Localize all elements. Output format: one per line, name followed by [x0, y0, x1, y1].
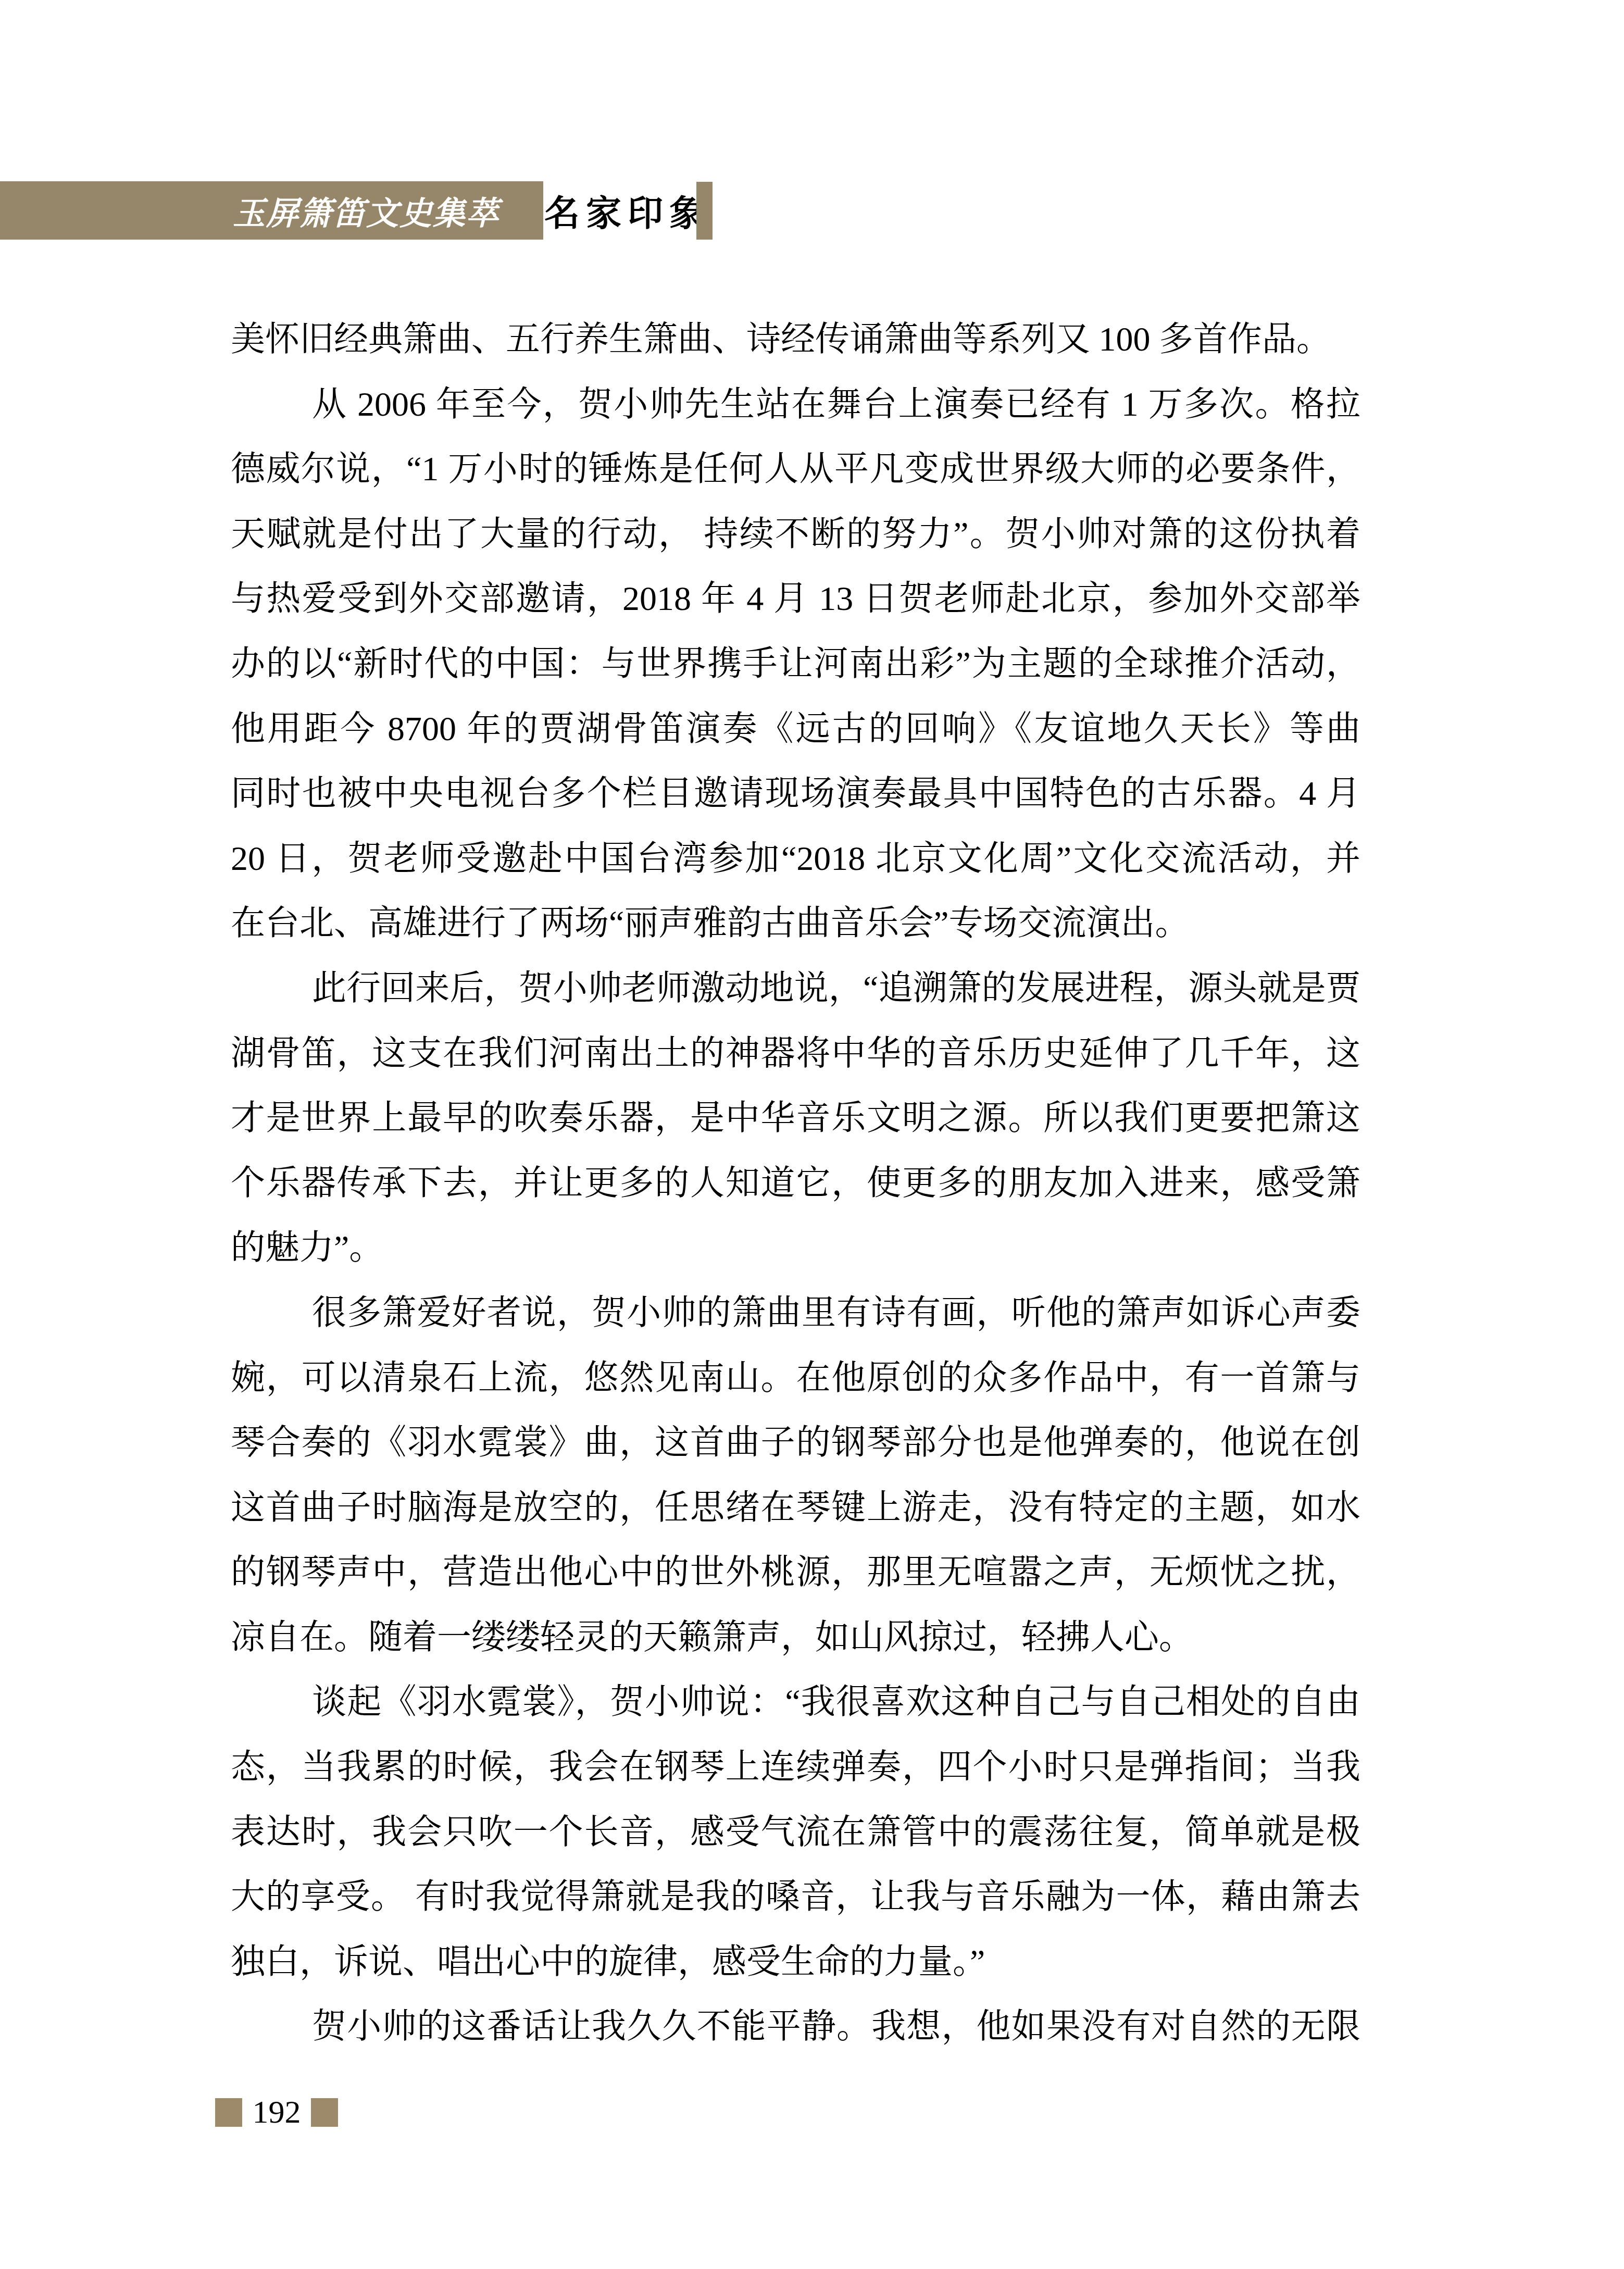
text-line: 谈起《羽水霓裳》，贺小帅说：“我很喜欢这种自己与自己相处的自由状 — [231, 1670, 1360, 1735]
text-line: 的钢琴声中，营造出他心中的世外桃源，那里无喧嚣之声，无烦忧之扰，清 — [231, 1540, 1360, 1605]
page-number-ornament-right — [311, 2098, 338, 2127]
text-line: 湖骨笛，这支在我们河南出土的神器将中华的音乐历史延伸了几千年，这 — [231, 1021, 1360, 1087]
header-band: 玉屏箫笛文史集萃 — [0, 181, 543, 240]
text-line: 此行回来后，贺小帅老师激动地说，“追溯箫的发展进程，源头就是贾 — [231, 956, 1360, 1021]
text-line: 婉，可以清泉石上流，悠然见南山。在他原创的众多作品中，有一首箫与钢 — [231, 1346, 1360, 1411]
text-line: 凉自在。随着一缕缕轻灵的天籁箫声，如山风掠过，轻拂人心。 — [231, 1605, 1360, 1670]
text-line: 大的享受。 有时我觉得箫就是我的嗓音，让我与音乐融为一体，藉由箫去 — [231, 1865, 1360, 1930]
text-line: 在台北、高雄进行了两场“丽声雅韵古曲音乐会”专场交流演出。 — [231, 891, 1360, 956]
text-line: 天赋就是付出了大量的行动， 持续不断的努力”。贺小帅对箫的这份执着 — [231, 502, 1360, 567]
text-line: 才是世界上最早的吹奏乐器，是中华音乐文明之源。所以我们更要把箫这 — [231, 1086, 1360, 1151]
book-page: 玉屏箫笛文史集萃 名家印象 美怀旧经典箫曲、五行养生箫曲、诗经传诵箫曲等系列又 … — [0, 0, 1624, 2269]
text-line: 20 日，贺老师受邀赴中国台湾参加“2018 北京文化周”文化交流活动，并 — [231, 827, 1360, 892]
text-line: 很多箫爱好者说，贺小帅的箫曲里有诗有画，听他的箫声如诉心声委 — [231, 1281, 1360, 1346]
text-line: 态，当我累的时候，我会在钢琴上连续弹奏，四个小时只是弹指间；当我想 — [231, 1735, 1360, 1800]
page-number-ornament-left — [215, 2098, 242, 2127]
page-number: 192 — [242, 2097, 311, 2127]
text-line: 美怀旧经典箫曲、五行养生箫曲、诗经传诵箫曲等系列又 100 多首作品。 — [231, 307, 1360, 372]
text-line: 的魅力”。 — [231, 1216, 1360, 1281]
text-line: 同时也被中央电视台多个栏目邀请现场演奏最具中国特色的古乐器。4 月 — [231, 762, 1360, 827]
text-line: 独白，诉说、唱出心中的旋律，感受生命的力量。” — [231, 1930, 1360, 1995]
text-line: 琴合奏的《羽水霓裳》曲，这首曲子的钢琴部分也是他弹奏的，他说在创作 — [231, 1411, 1360, 1476]
text-line: 这首曲子时脑海是放空的，任思绪在琴键上游走，没有特定的主题，如水 — [231, 1476, 1360, 1541]
text-line: 他用距今 8700 年的贾湖骨笛演奏《远古的回响》《友谊地久天长》等曲目， — [231, 697, 1360, 762]
section-title: 名家印象 — [544, 181, 711, 240]
book-title-calligraphy: 玉屏箫笛文史集萃 — [233, 181, 499, 240]
text-line: 个乐器传承下去，并让更多的人知道它，使更多的朋友加入进来，感受箫 — [231, 1151, 1360, 1216]
text-line: 从 2006 年至今，贺小帅先生站在舞台上演奏已经有 1 万多次。格拉 — [231, 372, 1360, 438]
body-text: 美怀旧经典箫曲、五行养生箫曲、诗经传诵箫曲等系列又 100 多首作品。 从 20… — [231, 307, 1360, 2060]
header-accent-bar — [696, 182, 713, 240]
text-line: 贺小帅的这番话让我久久不能平静。我想，他如果没有对自然的无限 — [231, 1994, 1360, 2060]
text-line: 办的以“新时代的中国：与世界携手让河南出彩”为主题的全球推介活动， — [231, 632, 1360, 697]
text-line: 与热爱受到外交部邀请，2018 年 4 月 13 日贺老师赴北京，参加外交部举 — [231, 567, 1360, 632]
text-line: 德威尔说，“1 万小时的锤炼是任何人从平凡变成世界级大师的必要条件， — [231, 437, 1360, 502]
text-line: 表达时，我会只吹一个长音，感受气流在箫管中的震荡往复，简单就是极 — [231, 1800, 1360, 1865]
page-footer: 192 — [215, 2097, 338, 2127]
